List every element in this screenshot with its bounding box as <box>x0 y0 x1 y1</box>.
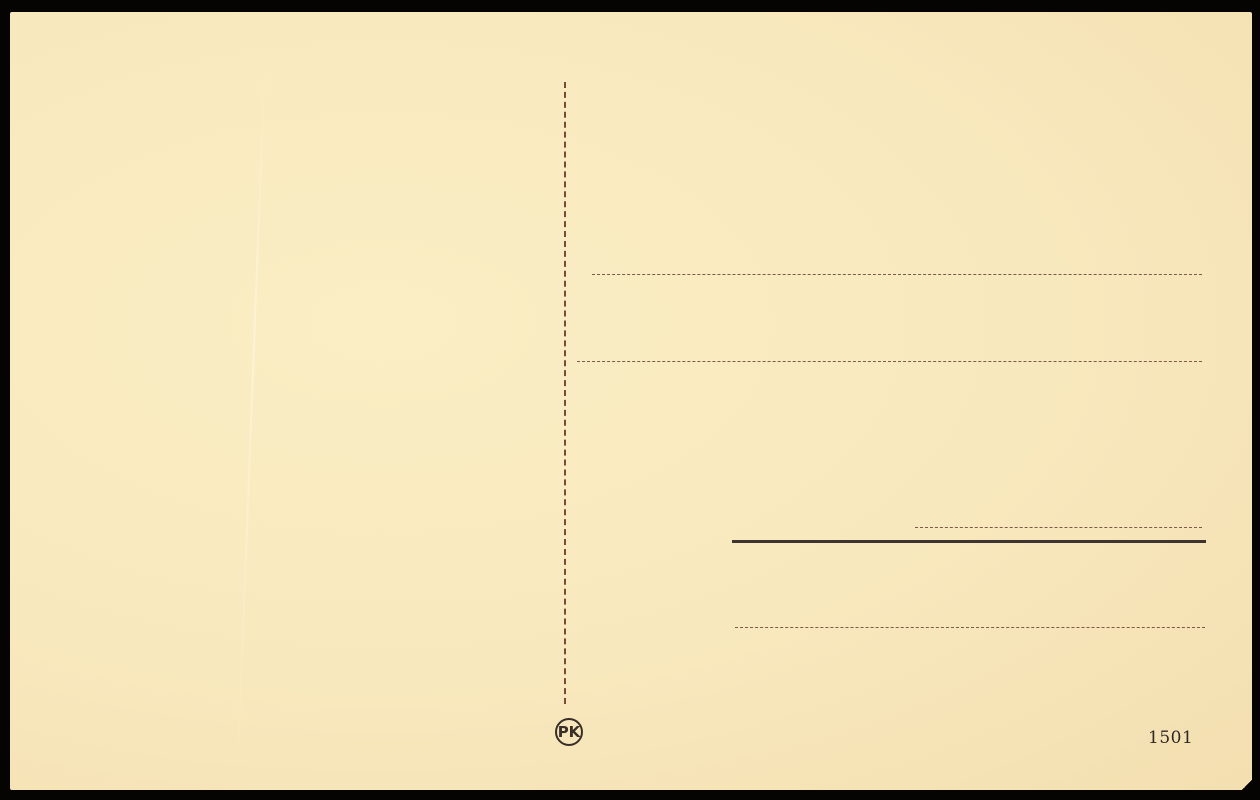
address-line-3 <box>915 527 1202 528</box>
postcard-back: PK 1501 <box>10 12 1252 790</box>
address-line-4-solid <box>732 540 1206 543</box>
card-number: 1501 <box>1148 728 1193 748</box>
address-line-5 <box>735 627 1205 628</box>
address-line-1 <box>592 274 1202 275</box>
publisher-logo-icon: PK <box>555 718 583 746</box>
worn-corner <box>1242 780 1252 790</box>
paper-fold-crease <box>236 32 267 792</box>
address-line-2 <box>577 361 1202 362</box>
message-address-divider <box>564 82 566 704</box>
